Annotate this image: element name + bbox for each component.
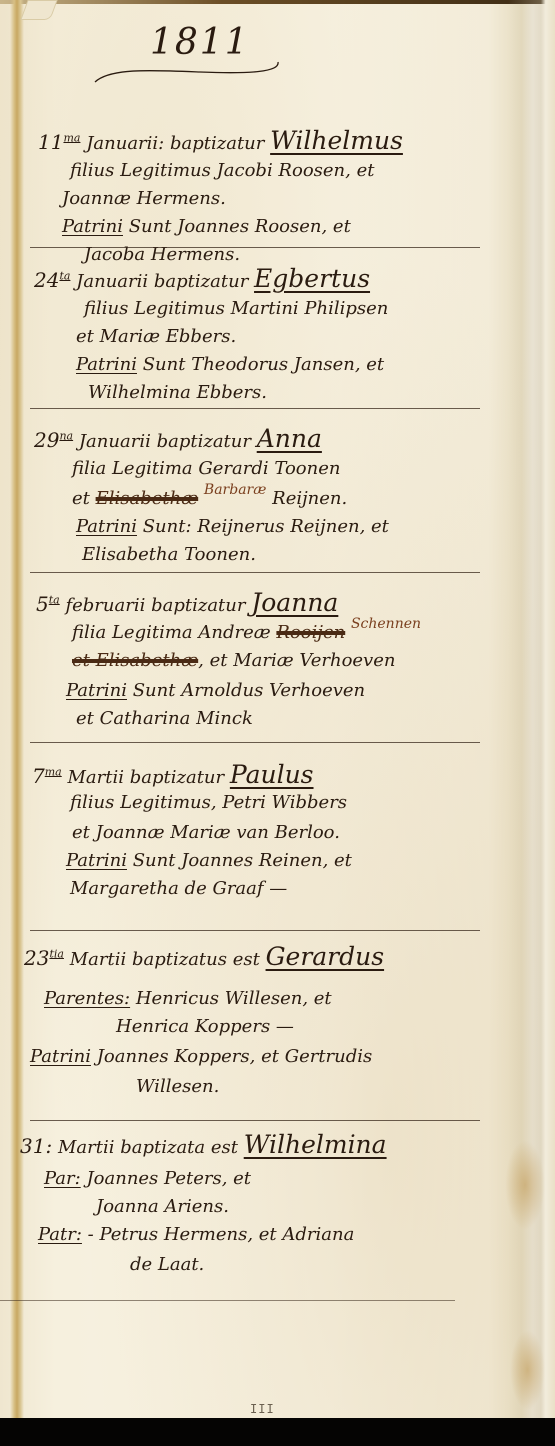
flourish-icon [90,60,290,88]
entry-heading-line: 11ma Januarii: baptizatur Wilhelmus [38,126,403,155]
parents-line: filia Legitima Andreæ Rooijen Schennen [72,622,421,643]
entry-month: Martii [58,1137,115,1158]
parents-line: Par: Joannes Peters, et [44,1168,251,1189]
register-page: 1811 11ma Januarii: baptizatur Wilhelmus… [0,0,555,1422]
entry-divider [30,742,480,743]
godparent-line: et Catharina Minck [76,708,253,729]
entry-divider [0,1300,455,1301]
year-heading: 1811 [150,22,250,63]
child-name: Wilhelmina [244,1130,387,1159]
scan-shadow [0,1418,555,1446]
struck-text: Rooijen [276,622,345,643]
struck-text: Elisabethæ [96,488,199,509]
godparent-line: de Laat. [130,1254,204,1275]
entry-month: februarii [65,595,145,616]
entry-heading-line: 5ta februarii baptizatur Joanna [36,588,338,617]
water-stain [505,1140,545,1230]
child-name: Joanna [251,588,338,617]
entry-divider [30,930,480,931]
entry-month: Martii [70,949,127,970]
parents-line: filius Legitimus Jacobi Roosen, et [70,160,374,181]
child-name: Anna [257,424,322,453]
entry-divider [30,408,480,409]
entry-date: 7ma [32,764,62,788]
entry-heading-line: 23tia Martii baptizatus est Gerardus [24,942,384,971]
godparents-line: Patrini Sunt: Reijnerus Reijnen, et [76,516,389,537]
parents-line: filius Legitimus Martini Philipsen [84,298,388,319]
parents-line: filius Legitimus, Petri Wibbers [70,792,347,813]
entry-divider [30,247,480,248]
folded-corner [20,0,57,20]
mother-line: et Mariæ Ebbers. [76,326,236,347]
mother-line: et Elisabethæ Barbaræ Reijnen. [72,488,347,509]
entry-formula: baptizatur [130,767,224,788]
godparent-line: Wilhelmina Ebbers. [88,382,267,403]
entry-heading-line: 7ma Martii baptizatur Paulus [32,760,314,789]
parents-line: Parentes: Henricus Willesen, et [44,988,332,1009]
godparents-line: Patrini Sunt Arnoldus Verhoeven [66,680,365,701]
godparents-line: Patrini Sunt Joannes Roosen, et [62,216,351,237]
entry-date: 31: [20,1134,52,1158]
binding-strip [10,0,24,1422]
entry-date: 24ta [34,268,70,292]
child-name: Wilhelmus [270,126,403,155]
entry-formula: baptizatur [170,133,264,154]
mother-line: Joanna Ariens. [96,1196,229,1217]
page-mark: III [250,1402,275,1416]
child-name: Paulus [230,760,314,789]
entry-heading-line: 31: Martii baptizata est Wilhelmina [20,1130,387,1159]
water-stain [510,1330,545,1410]
child-name: Gerardus [266,942,385,971]
godparent-line: Elisabetha Toonen. [82,544,256,565]
godparents-line: Patrini Sunt Theodorus Jansen, et [76,354,384,375]
correction-text: Schennen [351,616,421,632]
entry-formula: baptizatur [151,595,245,616]
entry-date: 5ta [36,592,60,616]
mother-line: Joannæ Hermens. [62,188,226,209]
entry-month: Martii [67,767,124,788]
entry-month: Januarii: [86,133,164,154]
entry-heading-line: 24ta Januarii baptizatur Egbertus [34,264,370,293]
entry-divider [30,572,480,573]
struck-text: et Elisabethæ [72,650,198,671]
page-top-edge [0,0,555,4]
godparents-line: Patrini Joannes Koppers, et Gertrudis [30,1046,372,1067]
entry-formula: baptizatur [154,271,248,292]
mother-line: et Joannæ Mariæ van Berloo. [72,822,340,843]
godparent-line: Willesen. [136,1076,219,1097]
parents-line: filia Legitima Gerardi Toonen [72,458,340,479]
godparent-line: Margaretha de Graaf — [70,878,287,899]
entry-date: 23tia [24,946,64,970]
godparents-line: Patrini Sunt Joannes Reinen, et [66,850,352,871]
entry-divider [30,1120,480,1121]
entry-formula: baptizatur [157,431,251,452]
entry-month: Januarii [76,271,148,292]
entry-heading-line: 29na Januarii baptizatur Anna [34,424,322,453]
mother-line: Henrica Koppers — [116,1016,294,1037]
entry-date: 11ma [38,130,80,154]
child-name: Egbertus [254,264,370,293]
entry-date: 29na [34,428,73,452]
entry-month: Januarii [79,431,151,452]
godparents-line: Patr: - Petrus Hermens, et Adriana [38,1224,354,1245]
entry-formula: baptizata est [120,1137,238,1158]
correction-text: Barbaræ [204,482,267,498]
entry-formula: baptizatus est [132,949,260,970]
mother-line: et Elisabethæ, et Mariæ Verhoeven [72,650,395,671]
